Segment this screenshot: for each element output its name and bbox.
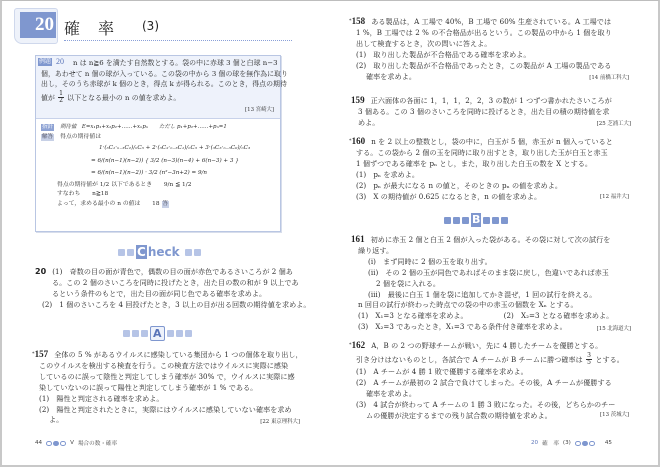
banner-square: [492, 217, 499, 224]
b-level-banner: B: [444, 213, 508, 227]
problem-158: *158ある製品は，A 工場で 40%，B 工場で 60% 生産されている。A …: [349, 16, 639, 82]
problem-source: [22 東京理科大]: [260, 417, 300, 425]
equation-line-1: 1·(₃C₁·ₙ₋₃C₂)/ₙC₃ + 2·(₃C₂·ₙ₋₃C₁)/ₙC₃ + …: [41, 142, 277, 155]
problem-line: るという条件のもとで，出た目の面が同じ色である確率を求めよ。: [35, 289, 295, 300]
problem-line: しているのに誤って陰性と判定してしまう確率が 30% で，ウイルスに実際に感: [32, 372, 302, 383]
problem-number: 157: [35, 349, 49, 359]
fraction-three-fifths: 35: [586, 353, 592, 367]
example-text: n は n≧6 を満たす自然数とする。袋の中に赤球 3 個と白球 n−3 個，あ…: [41, 58, 277, 105]
problem-157: *157全体の 5 % があるウイルスに感染している集団から 1 つの個体を取り…: [32, 349, 302, 426]
chapter-title: 場合の数・確率: [78, 439, 117, 447]
banner-square: [176, 330, 183, 337]
problem-line: (2) A チームが最初の 2 試合で負けてしまった。その後，A チームが優勝す…: [349, 378, 639, 389]
problem-line: (2) 陽性と判定されたときに，実際にはウイルスに感染していない確率を求め: [32, 405, 302, 416]
conclusion-text: よって，求める最小の n の値は 18: [57, 201, 160, 207]
check-banner: C heck: [118, 245, 201, 259]
footer-section-subtitle: (3): [563, 440, 571, 446]
problem-162: *162A，B の 2 つの野球チームが戦い，先に 4 勝したチームを優勝とする…: [349, 340, 639, 421]
problem-line: (1) 取り出した製品が不合格品である確率を求めよ。: [349, 50, 639, 61]
problem-161: 161初めに赤玉 2 個と白玉 2 個が入った袋がある。その袋に対して次の試行を…: [351, 234, 641, 333]
a-level-banner: A: [123, 326, 192, 341]
banner-square: [185, 330, 192, 337]
hint-text: 期待値 E=x₁p₁+x₂p₂+……+xₙpₙ ただし p₁+p₂+……+pₙ=…: [60, 124, 227, 130]
problem-line: 1 個ずつである確率を pₙ とし，また，取り出した白玉の数を X とする。: [349, 159, 639, 170]
banner-square: [462, 217, 469, 224]
footer-section-number: 20: [531, 440, 538, 446]
page-dots-icon: [575, 441, 595, 446]
banner-square: [127, 249, 134, 256]
problem-line: (iii) 最後に白玉 1 個を袋に追加してかき混ぜ，1 回の試行を終える。: [351, 290, 641, 301]
equation-line-2: = 6/(n(n−1)(n−2)) { 3/2 (n−3)(n−4) + 6(n…: [41, 155, 277, 168]
example-statement: 例題 20 n は n≧6 を満たす自然数とする。袋の中に赤球 3 個と白球 n…: [36, 56, 280, 119]
problem-line: 161初めに赤玉 2 個と白玉 2 個が入った袋がある。その袋に対して次の試行を: [351, 234, 641, 246]
page-number: 45: [605, 440, 612, 446]
problem-line: (3) X の期待値が 0.625 になるとき，n の値を求めよ。: [349, 192, 639, 203]
example-line: 出し，そのうち赤球が k 個のとき，得点 k が得られる。このとき，得点の期待: [41, 79, 277, 90]
problem-line: n 回目の試行が終わった時点での袋の中の赤玉の個数を Xₙ とする。: [351, 300, 641, 311]
page-number: 44: [35, 440, 42, 446]
example-source: [13 宮崎大]: [245, 105, 274, 113]
problem-line: (ii) その 2 個の玉が同色であればそのまま袋に戻し，色違いであれば赤玉: [351, 268, 641, 279]
banner-square: [194, 249, 201, 256]
example-line: n は n≧6 を満たす自然数とする。袋の中に赤球 3 個と白球 n−3: [41, 58, 277, 69]
left-footer: 44 V 場合の数・確率: [35, 439, 117, 447]
solution-row: 解答得点の期待値は: [41, 133, 277, 143]
problem-line: (2) 取り出した製品が不合格品であったとき，この製品が A 工場の製品である: [349, 61, 639, 72]
problem-line: る。この 2 個のさいころを同時に投げたとき，出た目の数の和が 9 以上であ: [35, 278, 295, 289]
problem-number: 159: [351, 95, 365, 105]
problem-line: 染していないのに誤って陽性と判定してしまう確率が 1 % である。: [32, 383, 302, 394]
problem-line: (2) 1 個のさいころを 4 回投げたとき，3 以上の目が出る回数の期待値を求…: [35, 300, 295, 311]
example-box: 例題 20 n は n≧6 を満たす自然数とする。袋の中に赤球 3 個と白球 n…: [35, 55, 281, 232]
banner-square: [453, 217, 460, 224]
banner-square: [132, 330, 139, 337]
problem-159: 159正六面体の各面に 1，1，1，2，2，3 の数が 1 つずつ書かれたさいこ…: [351, 95, 641, 129]
problem-line: する。この袋から 2 個の玉を同時に取り出すとき，取り出した玉が白玉と赤玉: [349, 148, 639, 159]
fraction-half: 12: [58, 91, 64, 105]
problem-number: 20: [35, 267, 46, 276]
problem-source: [12 福井大]: [600, 192, 629, 200]
banner-square: [141, 330, 148, 337]
problem-line: 2 個を袋に入れる。: [351, 279, 641, 290]
check-banner-initial: C: [136, 245, 147, 259]
banner-square: [185, 249, 192, 256]
check-banner-rest: heck: [148, 245, 180, 259]
right-footer: 20 確 率 (3) 45: [531, 439, 612, 447]
equation-line-3: = 6/(n(n−1)(n−2)) · 3/2 (n²−3n+2) = 9/n: [41, 167, 277, 180]
problem-line: 1 %，B 工場では 2 % の不合格品が出るという。この製品の中から 1 個を…: [349, 28, 639, 39]
example-line-part: 以下となる最小の n の値を求めよ。: [67, 94, 180, 102]
problem-line: (1) 陽性と判定される確率を求めよ。: [32, 394, 302, 405]
problem-source: [13 茨城大]: [600, 410, 629, 418]
problem-line: 159正六面体の各面に 1，1，1，2，2，3 の数が 1 つずつ書かれたさいこ…: [351, 95, 641, 107]
problem-160: *160n を 2 以上の整数とし，袋の中に，白玉が 5 個，赤玉が n 個入っ…: [349, 136, 639, 202]
problem-line: 確率を求めよ。: [349, 389, 639, 400]
solution-intro: 得点の期待値は: [60, 134, 101, 140]
example-line-part: 値が: [41, 94, 55, 102]
problem-line: (i) まず同時に 2 個の玉を取り出す。: [351, 257, 641, 268]
b-level-label: B: [471, 213, 481, 227]
problem-line: (3) 4 試合が終わって A チームの 1 勝 3 敗になった。その後，どちら…: [349, 400, 639, 411]
problem-line: *160n を 2 以上の整数とし，袋の中に，白玉が 5 個，赤玉が n 個入っ…: [349, 136, 639, 148]
problem-line: 20(1) 奇数の目の面が青色で，偶数の目の面が赤色であるさいころが 2 個あ: [35, 267, 295, 278]
problem-source: [15 北海道大]: [597, 324, 631, 332]
problem-number: 158: [352, 16, 366, 26]
problem-line: *157全体の 5 % があるウイルスに感染している集団から 1 つの個体を取り…: [32, 349, 302, 361]
banner-square: [123, 330, 130, 337]
section-title: 確率: [64, 16, 132, 39]
example-line: 個，あわせて n 個の球が入っている。この袋の中から 3 個の球を無作為に取り: [41, 69, 277, 80]
example-line: 値が 12 以下となる最小の n の値を求めよ。: [41, 91, 277, 105]
hint-row: 指針期待値 E=x₁p₁+x₂p₂+……+xₙpₙ ただし p₁+p₂+……+p…: [41, 123, 277, 133]
banner-square: [118, 249, 125, 256]
problem-line: (2) pₙ が最大になる n の値と，そのときの pₙ の値を求めよ。: [349, 181, 639, 192]
problem-line: このウイルスを検出する検査を行う。この検査方法ではウイルスに実際に感染: [32, 361, 302, 372]
banner-square: [483, 217, 490, 224]
problem-line: *158ある製品は，A 工場で 40%，B 工場で 60% 生産されている。A …: [349, 16, 639, 28]
conclusion-line: よって，求める最小の n の値は 18 答: [41, 200, 277, 210]
banner-square: [167, 330, 174, 337]
problem-line: 引き分けはないものとし，各試合で A チームが B チームに勝つ確率は 35 と…: [349, 352, 639, 367]
condition-line: 得点の期待値が 1/2 以下であるとき 9/n ≦ 1/2: [41, 181, 277, 191]
problem-source: [14 前橋工科大]: [589, 73, 629, 81]
a-level-label: A: [150, 326, 165, 341]
section-title-rule: [64, 40, 292, 41]
example-solution: 指針期待値 E=x₁p₁+x₂p₂+……+xₙpₙ ただし p₁+p₂+……+p…: [41, 123, 277, 209]
solution-badge: 解答: [41, 134, 54, 141]
problem-number: 162: [352, 340, 366, 350]
section-header: 20 確率 (3): [14, 8, 284, 44]
problem-line: 出して検査するとき，次の問いに答えよ。: [349, 39, 639, 50]
right-page: *158ある製品は，A 工場で 40%，B 工場で 60% 生産されている。A …: [331, 1, 660, 466]
section-subtitle: (3): [142, 19, 159, 33]
check-problem-20: 20(1) 奇数の目の面が青色で，偶数の目の面が赤色であるさいころが 2 個あ …: [35, 267, 295, 311]
problem-line: 3 個ある。この 3 個のさいころを同時に投げるとき，出た目の積の期待値を求: [351, 107, 641, 118]
problem-line: (1) pₙ を求めよ。: [349, 170, 639, 181]
hint-badge: 指針: [41, 124, 54, 131]
answer-badge: 答: [162, 201, 170, 208]
problem-line: *162A，B の 2 つの野球チームが戦い，先に 4 勝したチームを優勝とする…: [349, 340, 639, 352]
problem-number: 160: [352, 136, 366, 146]
textbook-spread: 20 確率 (3) 例題 20 n は n≧6 を満たす自然数とする。袋の中に赤…: [0, 0, 660, 467]
section-number: 20: [20, 12, 56, 38]
footer-section-title: 確 率: [542, 439, 559, 447]
problem-line: ムの優勝が決定するまでの残り試合数の期待値を求めよ。: [349, 411, 639, 422]
problem-source: [25 芝浦工大]: [597, 119, 631, 127]
banner-square: [501, 217, 508, 224]
left-page: 20 確率 (3) 例題 20 n は n≧6 を満たす自然数とする。袋の中に赤…: [2, 1, 331, 466]
problem-number: 161: [351, 234, 365, 244]
page-dots-icon: [46, 441, 66, 446]
banner-square: [444, 217, 451, 224]
problem-line: 繰り返す。: [351, 246, 641, 257]
therefore-line: すなわち n≧18: [41, 190, 277, 200]
problem-line: (1) A チームが 4 勝 1 敗で優勝する確率を求めよ。: [349, 367, 639, 378]
chapter-number: V: [70, 440, 74, 446]
problem-line: (1) X₁=3 となる確率を求めよ。(2) X₂=3 となる確率を求めよ。: [351, 311, 641, 322]
